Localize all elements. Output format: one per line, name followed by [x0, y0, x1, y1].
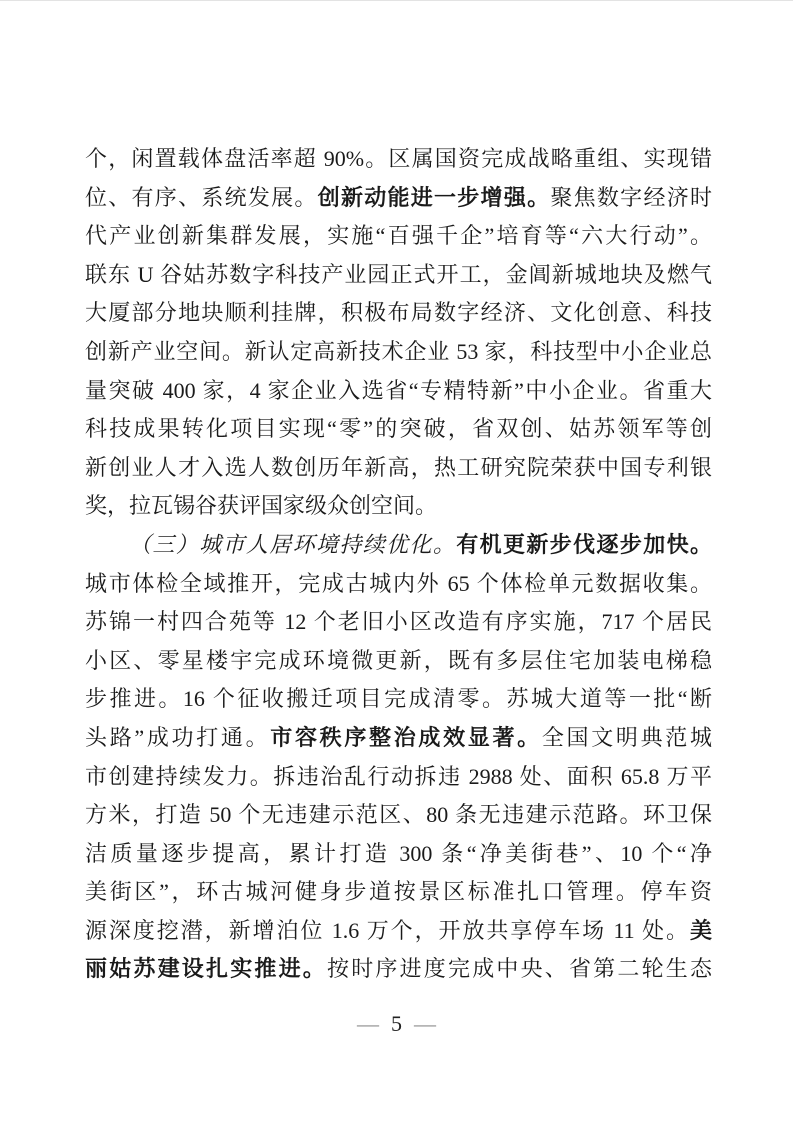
text-line: 小区、零星楼宇完成环境微更新，既有多层住宅加装电梯稳: [85, 642, 712, 681]
body-segment: 头路”成功打通。: [85, 725, 270, 750]
body-segment: 代产业创新集群发展，实施“百强千企”培育等“六大行动”。: [85, 223, 712, 248]
body-segment: 个，闲置载体盘活率超 90%。区属国资完成战略重组、实现错: [85, 146, 712, 171]
body-segment: 全国文明典范城: [542, 725, 712, 750]
body-segment: 步推进。16 个征收搬迁项目完成清零。苏城大道等一批“断: [85, 686, 712, 711]
text-line: 丽姑苏建设扎实推进。按时序进度完成中央、省第二轮生态: [85, 950, 712, 989]
text-line: 代产业创新集群发展，实施“百强千企”培育等“六大行动”。: [85, 217, 712, 256]
body-segment: 新创业人才入选人数创历年新高，热工研究院荣获中国专利银: [85, 455, 712, 480]
text-line: 大厦部分地块顺利挂牌，积极布局数字经济、文化创意、科技: [85, 294, 712, 333]
text-line: 量突破 400 家，4 家企业入选省“专精特新”中小企业。省重大: [85, 372, 712, 411]
text-line: 创新产业空间。新认定高新技术企业 53 家，科技型中小企业总: [85, 333, 712, 372]
body-segment: 苏锦一村四合苑等 12 个老旧小区改造有序实施，717 个居民: [85, 609, 712, 634]
body-segment: 创新产业空间。新认定高新技术企业 53 家，科技型中小企业总: [85, 339, 712, 364]
body-segment: 聚焦数字经济时: [550, 185, 712, 210]
text-line: 联东 U 谷姑苏数字科技产业园正式开工，金阊新城地块及燃气: [85, 256, 712, 295]
emphasis-text: 美: [690, 918, 712, 943]
page-footer: —5—: [0, 1009, 793, 1039]
body-segment: 奖，拉瓦锡谷获评国家级众创空间。: [85, 493, 437, 518]
body-segment: 市创建持续发力。拆违治乱行动拆违 2988 处、面积 65.8 万平: [85, 764, 712, 789]
document-page: 个，闲置载体盘活率超 90%。区属国资完成战略重组、实现错位、有序、系统发展。创…: [0, 1, 793, 1122]
text-line: 源深度挖潜，新增泊位 1.6 万个，开放共享停车场 11 处。美: [85, 912, 712, 951]
body-segment: 城市体检全域推开，完成古城内外 65 个体检单元数据收集。: [85, 571, 712, 596]
body-segment: 按时序进度完成中央、省第二轮生态: [327, 956, 712, 981]
body-segment: 大厦部分地块顺利挂牌，积极布局数字经济、文化创意、科技: [85, 300, 712, 325]
text-line: 新创业人才入选人数创历年新高，热工研究院荣获中国专利银: [85, 449, 712, 488]
body-segment: 洁质量逐步提高，累计打造 300 条“净美街巷”、10 个“净: [85, 841, 712, 866]
page-number: 5: [391, 1011, 402, 1036]
emphasis-text: 创新动能进一步增强。: [318, 185, 551, 210]
text-line: 苏锦一村四合苑等 12 个老旧小区改造有序实施，717 个居民: [85, 603, 712, 642]
section-heading-text: （三）城市人居环境持续优化。: [129, 532, 456, 557]
text-line: 美街区”，环古城河健身步道按景区标准扎口管理。停车资: [85, 873, 712, 912]
text-line: 个，闲置载体盘活率超 90%。区属国资完成战略重组、实现错: [85, 140, 712, 179]
text-line: 城市体检全域推开，完成古城内外 65 个体检单元数据收集。: [85, 565, 712, 604]
text-line: 方米，打造 50 个无违建示范区、80 条无违建示范路。环卫保: [85, 796, 712, 835]
emphasis-text: 市容秩序整治成效显著。: [270, 725, 542, 750]
body-segment: 位、有序、系统发展。: [85, 185, 318, 210]
footer-dash-right: —: [414, 1011, 436, 1036]
body-segment: 源深度挖潜，新增泊位 1.6 万个，开放共享停车场 11 处。: [85, 918, 690, 943]
emphasis-text: 有机更新步伐逐步加快。: [456, 532, 712, 557]
body-segment: 联东 U 谷姑苏数字科技产业园正式开工，金阊新城地块及燃气: [85, 262, 712, 287]
text-line: 步推进。16 个征收搬迁项目完成清零。苏城大道等一批“断: [85, 680, 712, 719]
text-line: （三）城市人居环境持续优化。有机更新步伐逐步加快。: [85, 526, 712, 565]
text-line: 奖，拉瓦锡谷获评国家级众创空间。: [85, 487, 712, 526]
text-line: 市创建持续发力。拆违治乱行动拆违 2988 处、面积 65.8 万平: [85, 758, 712, 797]
body-segment: 小区、零星楼宇完成环境微更新，既有多层住宅加装电梯稳: [85, 648, 712, 673]
emphasis-text: 丽姑苏建设扎实推进。: [85, 956, 327, 981]
text-line: 洁质量逐步提高，累计打造 300 条“净美街巷”、10 个“净: [85, 835, 712, 874]
body-segment: 美街区”，环古城河健身步道按景区标准扎口管理。停车资: [85, 879, 712, 904]
text-line: 科技成果转化项目实现“零”的突破，省双创、姑苏领军等创: [85, 410, 712, 449]
body-segment: 科技成果转化项目实现“零”的突破，省双创、姑苏领军等创: [85, 416, 712, 441]
text-line: 位、有序、系统发展。创新动能进一步增强。聚焦数字经济时: [85, 179, 712, 218]
body-segment: 量突破 400 家，4 家企业入选省“专精特新”中小企业。省重大: [85, 378, 712, 403]
body-segment: 方米，打造 50 个无违建示范区、80 条无违建示范路。环卫保: [85, 802, 712, 827]
body-text: 个，闲置载体盘活率超 90%。区属国资完成战略重组、实现错位、有序、系统发展。创…: [85, 140, 712, 989]
text-line: 头路”成功打通。市容秩序整治成效显著。全国文明典范城: [85, 719, 712, 758]
footer-dash-left: —: [357, 1011, 379, 1036]
